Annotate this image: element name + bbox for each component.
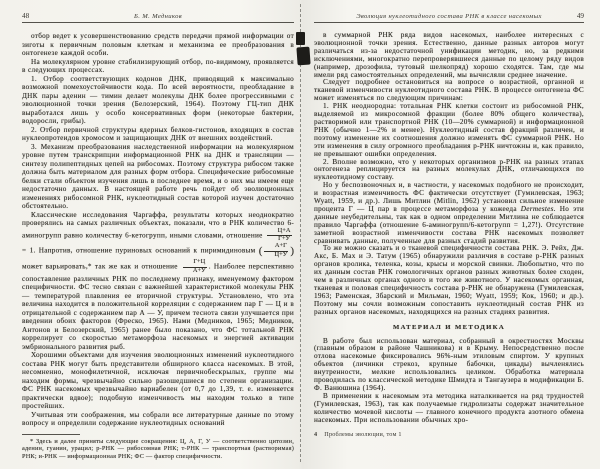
paragraph: 2. Вполне возможно, что у некоторых орга… — [314, 159, 584, 183]
paragraph: отбор ведет к усовершенствованию средств… — [22, 32, 294, 58]
scanned-book-spread: 48 Б. М. Медников отбор ведет к усоверше… — [0, 0, 600, 469]
paragraph: в суммарной РНК ряда видов насекомых, на… — [314, 32, 584, 79]
paragraph: Учитывая эти соображения, мы собрали все… — [22, 411, 294, 428]
paragraph: На молекулярном уровне стабилизирующий о… — [22, 58, 294, 75]
paragraph: 3. Механизм преобразования наследственно… — [22, 143, 294, 211]
species-name-italic: Dermestes — [521, 205, 554, 213]
right-running-header: Эволюция нуклеотидного состава РНК в кла… — [314, 10, 584, 23]
series-title: Проблемы эволюции, том 1 — [324, 431, 401, 438]
left-page: 48 Б. М. Медников отбор ведет к усоверше… — [22, 10, 294, 460]
right-page-body: в суммарной РНК ряда видов насекомых, на… — [314, 32, 584, 425]
paragraph: В работе был использован материал, собра… — [314, 338, 584, 393]
page-number-right: 49 — [577, 12, 584, 20]
footnote-abbreviations: * Здесь и далее приняты следующие сокращ… — [22, 438, 294, 460]
left-page-body: отбор ведет к усовершенствованию средств… — [22, 32, 294, 428]
running-head-chapter-title: Эволюция нуклеотидного состава РНК в кла… — [356, 13, 542, 20]
running-head-author: Б. М. Медников — [134, 13, 182, 20]
fraction-GC-over-AU: Г+ЦА+У — [183, 259, 207, 275]
paragraph: То же можно сказать и о тканевой специфи… — [314, 245, 584, 316]
right-page: Эволюция нуклеотидного состава РНК в кла… — [314, 10, 584, 438]
paragraph: Хорошими объектами для изучения эволюцио… — [22, 351, 294, 411]
text-run: может варьировать,* так же как и отношен… — [22, 263, 178, 271]
paragraph: В применении к насекомым эта методика на… — [314, 393, 584, 425]
paren-open: ( — [259, 245, 263, 257]
fraction-CA-over-GU: Ц+АГ+У — [267, 228, 292, 244]
text-run: = 1. Напротив, отношение пуриновых основ… — [22, 247, 255, 255]
paragraph: 2. Отбор первичной структуры ядерных бел… — [22, 126, 294, 143]
page-number-left: 48 — [22, 12, 29, 20]
fraction-denominator: А+У — [183, 268, 207, 275]
footnote-separator-rule — [22, 434, 80, 435]
binding-ink-mark — [296, 32, 305, 45]
fraction-denominator: Ц+У — [264, 252, 288, 259]
section-heading-material-methods: МАТЕРИАЛ И МЕТОДИКА — [314, 324, 584, 332]
text-run: . Наиболее перспективно сопоставление ра… — [22, 263, 294, 351]
text-run: Классические исследования Чаргаффа, резу… — [22, 211, 294, 240]
paragraph: 1. Отбор соответствующих кодонов ДНК, пр… — [22, 75, 294, 126]
paragraph-chargaff: Классические исследования Чаргаффа, резу… — [22, 211, 294, 352]
signature-number: 4 — [314, 431, 317, 438]
fraction-AG-over-CU: А+ГЦ+У — [264, 243, 288, 259]
paragraph: Следует подробнее остановиться на вопрос… — [314, 79, 584, 103]
paragraph-dermestes: Но у беспозвоночных и, в частности, у на… — [314, 182, 584, 245]
left-running-header: 48 Б. М. Медников — [22, 10, 294, 23]
paren-close: ) — [290, 245, 294, 257]
binding-ink-mark — [296, 47, 310, 66]
paragraph: 1. РНК неоднородна: тотальная РНК клетки… — [314, 103, 584, 158]
binding-gutter-line — [300, 4, 301, 462]
signature-footer: 4 Проблемы эволюции, том 1 — [314, 431, 584, 438]
